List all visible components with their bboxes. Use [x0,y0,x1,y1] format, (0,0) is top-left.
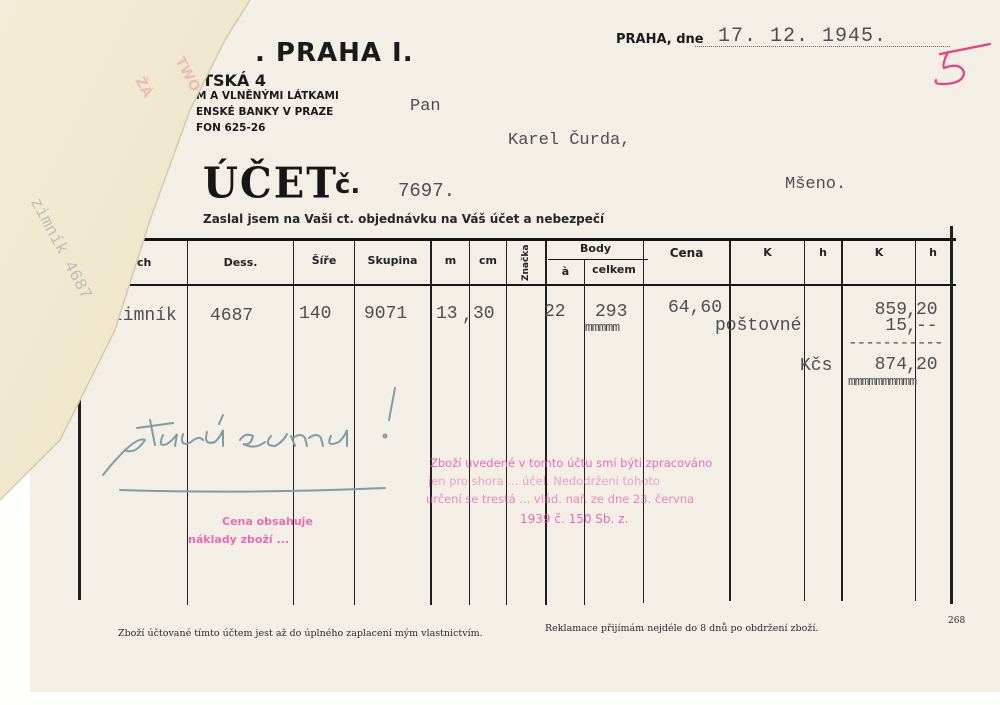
body-celkem-underline: mmmmm [585,320,619,335]
recipient-salutation: Pan [410,97,441,116]
header-body: Body [547,242,644,255]
invoice-title: ÚČET [203,159,338,208]
table-header-bottom-border [72,284,956,286]
comma: , [462,306,473,326]
table-left-border [78,340,81,600]
col-divider [469,241,470,605]
invoice-number: 7697. [398,180,455,202]
col-divider [643,241,644,603]
header-sire: Šíře [294,254,354,267]
stamp-regulation-line2: jen pro shora ... účel. Nedodržení tohot… [428,474,660,488]
recipient-name: Karel Čurda, [508,131,630,150]
col-divider [915,241,916,601]
cell-cm: 30 [473,304,495,324]
body-subheader-line [548,259,648,260]
header-h1: h [805,246,841,259]
cell-m: 13 [436,304,458,324]
stamp-regulation-line3: určení se trestá ... vlád. nař. ze dne 2… [426,492,694,506]
header-k1: K [731,246,804,259]
invoice-number-label: č. [335,170,360,200]
postage-label: poštovné [715,316,801,336]
grand-total-k: 874 [847,355,907,375]
header-skupina: Skupina [355,254,430,267]
header-cm: cm [470,254,506,267]
col-divider [506,241,507,605]
page-mark-five [930,40,1000,90]
form-number: 268 [948,616,965,626]
place-label: PRAHA, dne [616,32,704,47]
postage-k: 15 [847,316,907,336]
table-right-border [950,226,953,604]
header-h2: h [916,246,950,259]
firm-street: .TSKÁ 4 [196,71,266,90]
header-m: m [432,254,469,267]
grand-total-underline: mmmmmmmmmm [848,374,916,389]
cell-item: zimník [112,306,177,326]
footer-complaints-note: Reklamace přijímám nejdéle do 8 dnů po o… [545,623,818,634]
cell-dess: 4687 [210,306,253,326]
col-divider [841,241,843,601]
currency-label: Kčs [800,356,832,376]
recipient-town: Mšeno. [785,175,846,194]
stamp-regulation-line4: 1939 č. 150 Sb. z. [520,512,628,526]
cell-sire: 140 [299,304,331,324]
firm-bank-line: ENSKÉ BANKY V PRAZE [196,106,333,118]
footer-ownership-note: Zboží účtované tímto účtem jest až do úp… [118,628,483,639]
handwritten-note-stara-cena [95,380,425,500]
col-divider [545,241,547,605]
invoice-intro: Zaslal jsem na Vaši ct. objednávku na Vá… [203,212,604,226]
stamp-price-note-line1: Cena obsahuje [222,515,313,528]
stamp-price-note-line2: náklady zboží ... [188,533,289,546]
col-divider [729,241,731,601]
header-k2: K [843,246,915,259]
cell-body-a: 22 [544,302,566,322]
cell-skupina: 9071 [364,304,407,324]
header-znacka: Značka [521,245,531,281]
invoice-date: 17. 12. 1945. [718,25,887,48]
col-divider [584,259,585,605]
header-cena: Cena [644,246,729,260]
cell-body-celkem: 293 [595,302,627,322]
header-dess: Dess. [188,256,293,269]
header-body-celkem: celkem [585,263,643,276]
firm-goods-line: M A VLNĚNÝMI LÁTKAMI [196,90,339,102]
col-divider [804,241,805,601]
postage-h: -- [916,316,938,336]
header-body-a: à [547,265,584,278]
table-top-border [72,238,956,241]
col-divider [430,241,432,605]
firm-name: . PRAHA I. [255,38,414,68]
stamp-regulation-line1: Zboží uvedené v tomto účtu smí býti zpra… [430,456,712,470]
sum-separator: ----------- [848,334,943,352]
firm-phone-line: FON 625-26 [196,122,265,134]
header-item: ..ch [120,256,160,269]
cell-cena: 64,60 [668,298,722,318]
grand-total-h: 20 [916,355,938,375]
